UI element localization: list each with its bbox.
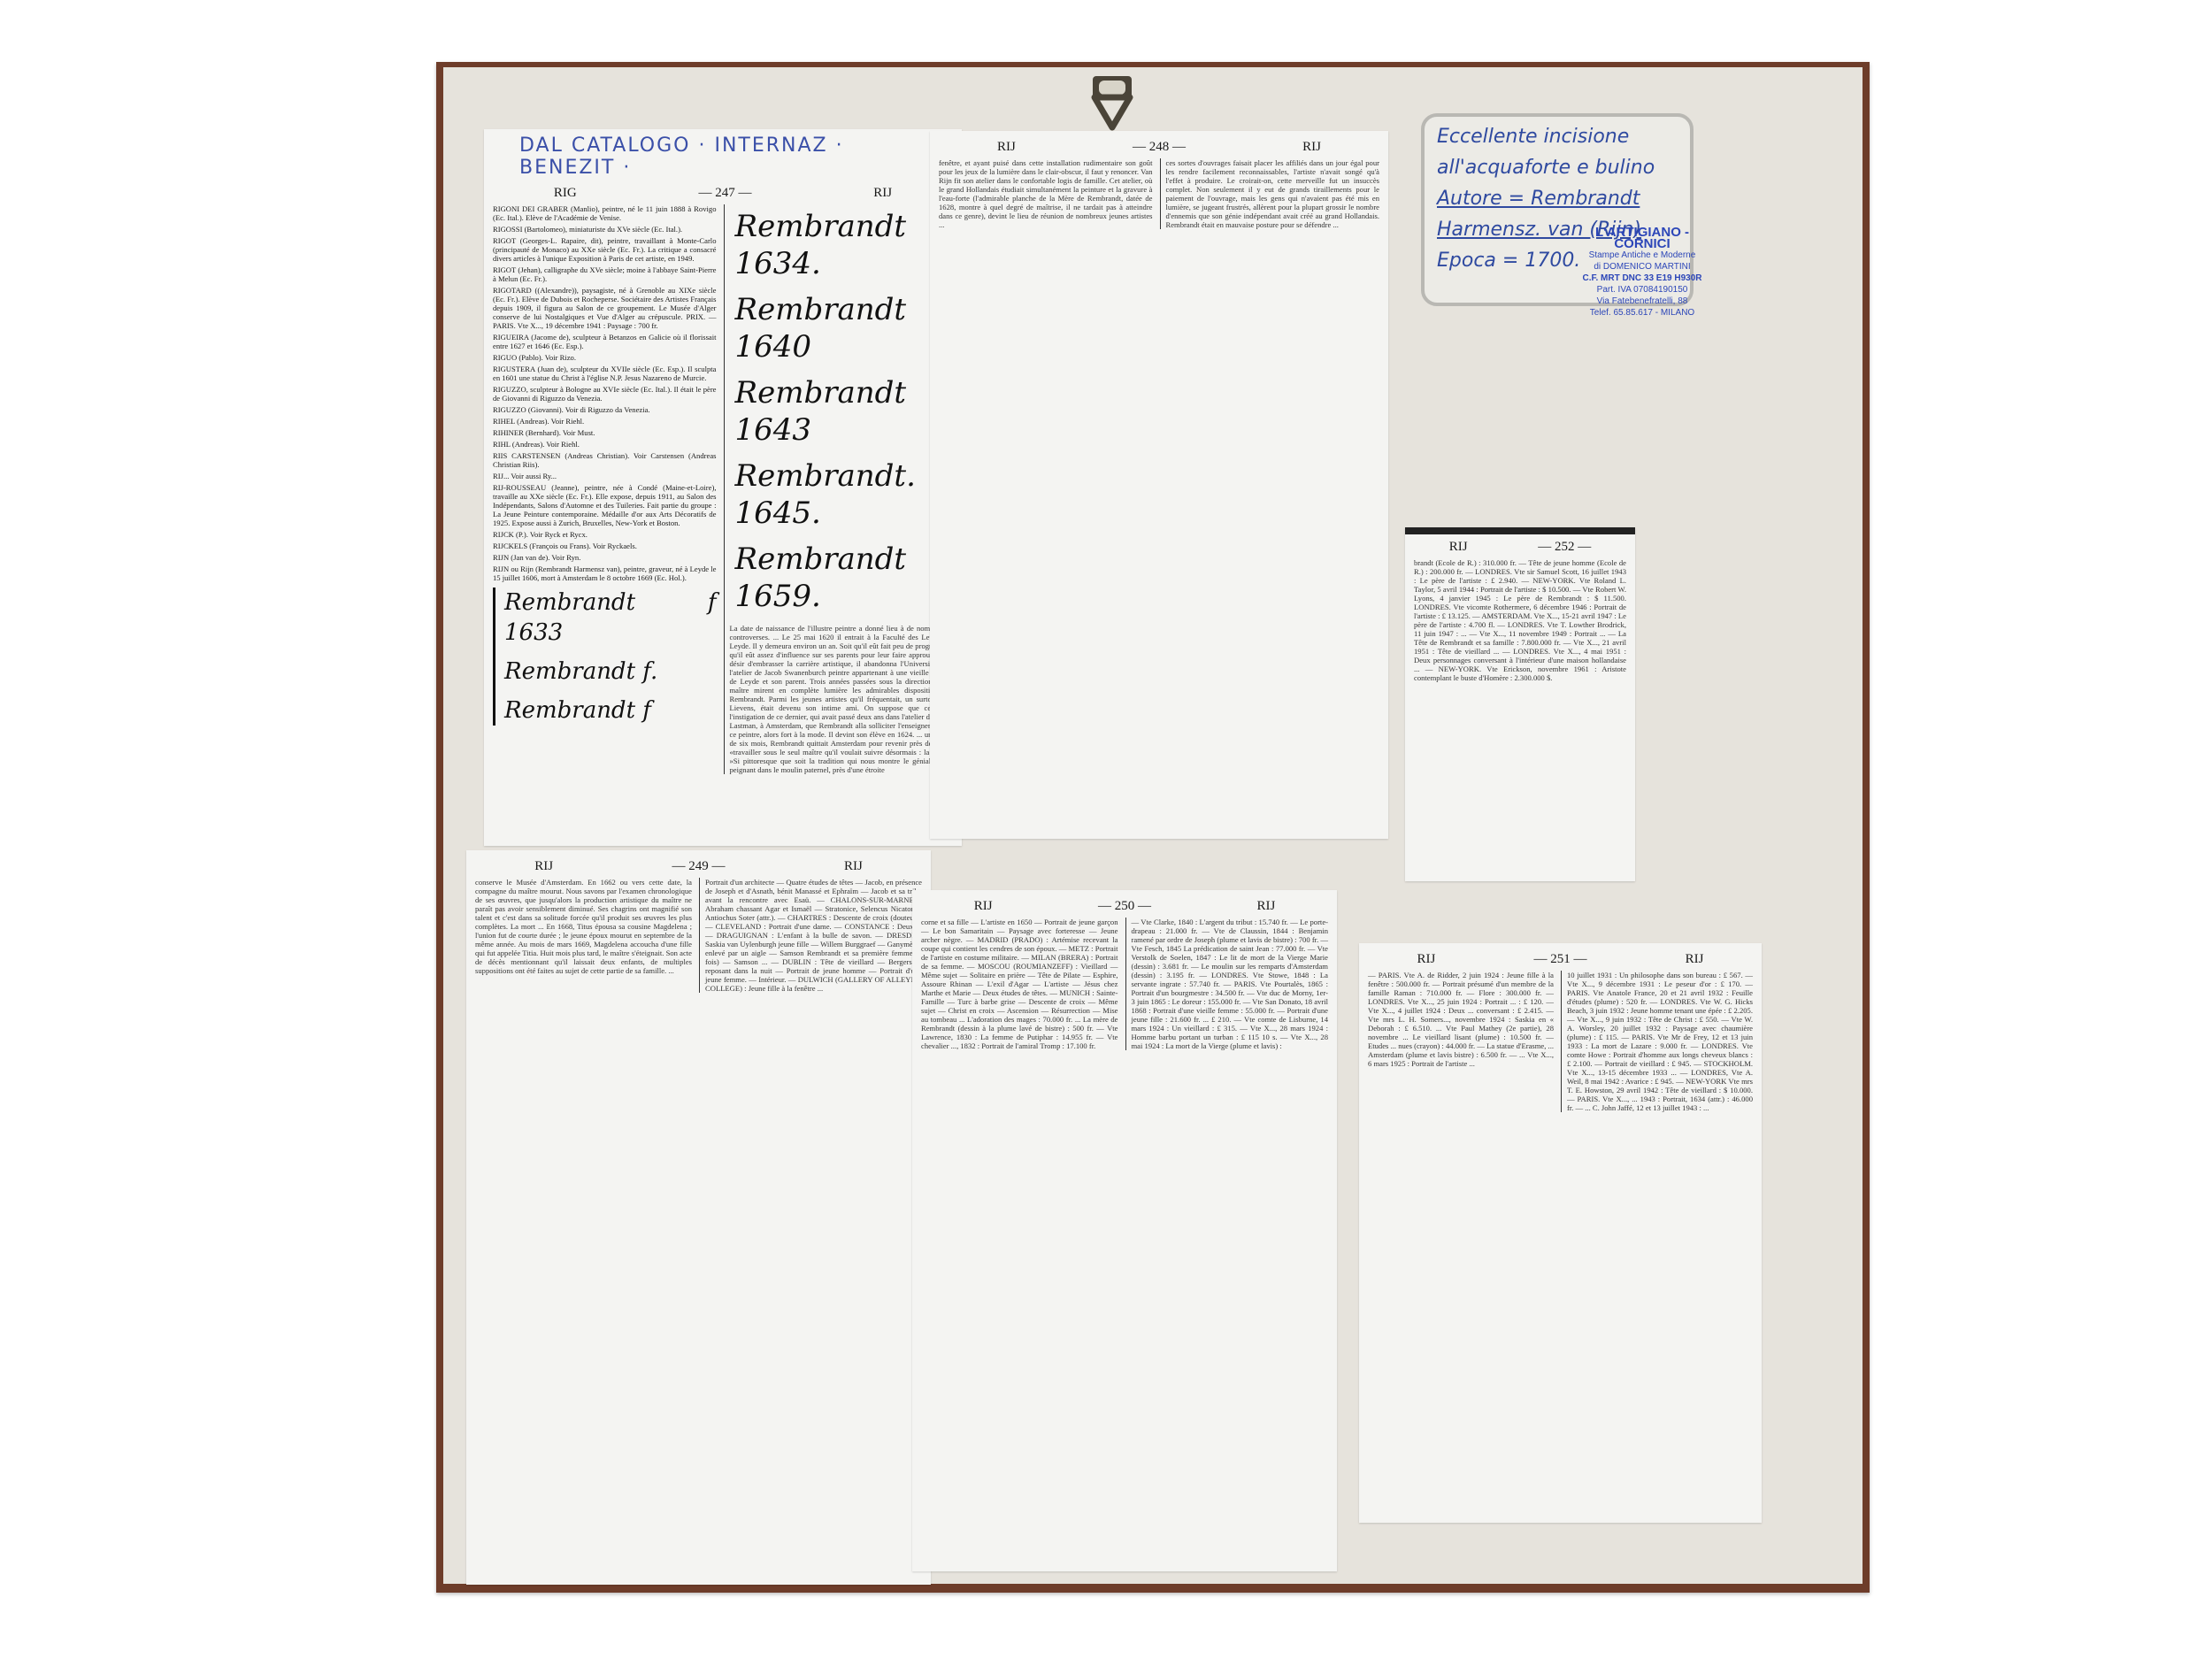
body-text: — PARIS. Vte A. de Ridder, 2 juin 1924 :…	[1368, 971, 1554, 1068]
hanger-hook-icon	[1089, 73, 1135, 131]
label-line: Eccellente incisione	[1437, 126, 1690, 148]
stamp-line: Telef. 65.85.617 - MILANO	[1567, 307, 1717, 319]
head-right: RIJ	[844, 859, 863, 874]
signature-facsimile: Rembrandt f. 1640	[735, 291, 954, 365]
catalogue-entry: RIHL (Andreas). Voir Riehl.	[493, 440, 717, 449]
picture-frame-back: DAL CATALOGO · INTERNAZ · BENEZIT · RIG …	[436, 62, 1870, 1593]
body-text: Portrait d'un architecte — Quatre études…	[705, 878, 922, 993]
text-column: 10 juillet 1931 : Un philosophe dans son…	[1561, 971, 1753, 1112]
body-text: La date de naissance de l'illustre peint…	[730, 624, 954, 774]
running-head: RIJ — 251 — RIJ	[1359, 943, 1762, 971]
stamp-line: Via Fatebenefratelli, 88	[1567, 296, 1717, 307]
catalogue-entry: RIGONI DEI GRABER (Manlio), peintre, né …	[493, 204, 717, 222]
catalogue-clipping-251: RIJ — 251 — RIJ — PARIS. Vte A. de Ridde…	[1359, 943, 1762, 1523]
head-left: RIJ	[997, 140, 1016, 155]
head-left: RIJ	[534, 859, 553, 874]
signature-facsimile: Rembrandt f. 1659.	[735, 541, 954, 615]
catalogue-entry: RIGUO (Pablo). Voir Rizo.	[493, 353, 717, 362]
catalogue-clipping-252: RIJ — 252 — brandt (Ecole de R.) : 310.0…	[1405, 527, 1635, 881]
catalogue-entry: RIIS CARSTENSEN (Andreas Christian). Voi…	[493, 451, 717, 469]
page-number: — 248 —	[1133, 140, 1186, 155]
catalogue-entry: RIJCKELS (François ou Frans). Voir Rycka…	[493, 541, 717, 550]
page-number: — 247 —	[698, 186, 751, 201]
handwritten-header: DAL CATALOGO · INTERNAZ · BENEZIT ·	[484, 129, 962, 180]
text-column: Rembrandt f. 1634. Rembrandt f. 1640 Rem…	[724, 204, 954, 774]
catalogue-clipping-250: RIJ — 250 — RIJ corne et sa fille — L'ar…	[912, 890, 1337, 1571]
head-left: RIG	[554, 186, 577, 201]
text-column: ces sortes d'ouvrages faisait placer les…	[1160, 158, 1380, 229]
catalogue-entry: RIJN ou Rijn (Rembrandt Harmensz van), p…	[493, 565, 717, 582]
label-line: all'acquaforte e bulino	[1437, 157, 1690, 179]
framer-stamp: L'ARTIGIANO - CORNICI Stampe Antiche e M…	[1567, 227, 1717, 319]
catalogue-entry: RIGUSTERA (Juan de), sculpteur du XVIIe …	[493, 365, 717, 382]
running-head: RIG — 247 — RIJ	[484, 180, 962, 204]
catalogue-entry: RIJ... Voir aussi Ry...	[493, 472, 717, 480]
catalogue-clipping-249: RIJ — 249 — RIJ conserve le Musée d'Amst…	[466, 850, 931, 1585]
body-text: corne et sa fille — L'artiste en 1650 — …	[921, 918, 1118, 1050]
catalogue-clipping-247: DAL CATALOGO · INTERNAZ · BENEZIT · RIG …	[484, 129, 962, 846]
stamp-line: di DOMENICO MARTINI	[1567, 261, 1717, 273]
head-left: RIJ	[1417, 952, 1436, 967]
catalogue-entry: RIGUZZO (Giovanni). Voir di Riguzzo da V…	[493, 405, 717, 414]
catalogue-entry: RIGOTARD ((Alexandre)), paysagiste, né à…	[493, 286, 717, 330]
head-right: RIJ	[1302, 140, 1321, 155]
catalogue-entry: RIJCK (P.). Voir Ryck et Rycx.	[493, 530, 717, 539]
entries-column: RIGONI DEI GRABER (Manlio), peintre, né …	[493, 204, 717, 774]
text-column: — Vte Clarke, 1840 : L'argent du tribut …	[1125, 918, 1329, 1050]
stamp-line: Stampe Antiche e Moderne	[1567, 250, 1717, 261]
text-column: brandt (Ecole de R.) : 310.000 fr. — Têt…	[1414, 558, 1626, 682]
catalogue-entry: RIJN (Jan van de). Voir Ryn.	[493, 553, 717, 562]
catalogue-entry: RIHEL (Andreas). Voir Riehl.	[493, 417, 717, 426]
head-right: RIJ	[873, 186, 892, 201]
text-column: corne et sa fille — L'artiste en 1650 — …	[921, 918, 1118, 1050]
body-text: fenêtre, et ayant puisé dans cette insta…	[939, 158, 1153, 229]
catalogue-entry: RIGUZZO, sculpteur à Bologne au XVIe siè…	[493, 385, 717, 403]
body-text: brandt (Ecole de R.) : 310.000 fr. — Têt…	[1414, 558, 1626, 682]
signature-facsimile: Rembrandt. f. 1645.	[735, 457, 954, 532]
page-number: — 250 —	[1098, 899, 1151, 914]
stamp-line: C.F. MRT DNC 33 E19 H930R	[1567, 273, 1717, 284]
stamp-line: L'ARTIGIANO - CORNICI	[1567, 227, 1717, 250]
catalogue-entry: RIGUEIRA (Jacome de), sculpteur à Betanz…	[493, 333, 717, 350]
signature-facsimile: Rembrandt f 1633	[504, 588, 717, 648]
body-text: 10 juillet 1931 : Un philosophe dans son…	[1567, 971, 1753, 1112]
signature-facsimile: Rembrandt f. 1634.	[735, 208, 954, 282]
running-head: RIJ — 252 —	[1405, 534, 1635, 558]
text-column: Portrait d'un architecte — Quatre études…	[699, 878, 922, 993]
stamp-line: Part. IVA 07084190150	[1567, 284, 1717, 296]
text-column: conserve le Musée d'Amsterdam. En 1662 o…	[475, 878, 692, 993]
head-right: RIJ	[1686, 952, 1704, 967]
signature-facsimile: Rembrandt f	[504, 695, 717, 726]
head-right: RIJ	[1256, 899, 1275, 914]
catalogue-entry: RIHINER (Bernhard). Voir Must.	[493, 428, 717, 437]
body-text: ces sortes d'ouvrages faisait placer les…	[1166, 158, 1380, 229]
signature-facsimile: Rembrandt f. 1643	[735, 374, 954, 449]
catalogue-entry: RIGOT (Jehan), calligraphe du XVe siècle…	[493, 265, 717, 283]
page-number: — 249 —	[672, 859, 726, 874]
catalogue-entry: RIJ-ROUSSEAU (Jeanne), peintre, née à Co…	[493, 483, 717, 527]
catalogue-entry: RIGOT (Georges-L. Rapaire, dit), peintre…	[493, 236, 717, 263]
body-text: conserve le Musée d'Amsterdam. En 1662 o…	[475, 878, 692, 975]
text-column: fenêtre, et ayant puisé dans cette insta…	[939, 158, 1153, 229]
catalogue-clipping-248: RIJ — 248 — RIJ fenêtre, et ayant puisé …	[930, 131, 1388, 839]
running-head: RIJ — 249 — RIJ	[466, 850, 931, 878]
running-head: RIJ — 248 — RIJ	[930, 131, 1388, 158]
text-column: — PARIS. Vte A. de Ridder, 2 juin 1924 :…	[1368, 971, 1554, 1112]
black-edge	[1405, 527, 1635, 534]
backing-board: DAL CATALOGO · INTERNAZ · BENEZIT · RIG …	[443, 67, 1863, 1584]
head-left: RIJ	[974, 899, 993, 914]
signature-facsimile: Rembrandt f.	[504, 657, 717, 687]
catalogue-entry: RIGOSSI (Bartolomeo), miniaturiste du XV…	[493, 225, 717, 234]
body-text: — Vte Clarke, 1840 : L'argent du tribut …	[1132, 918, 1329, 1050]
running-head: RIJ — 250 — RIJ	[912, 890, 1337, 918]
page-number: — 252 —	[1538, 540, 1591, 555]
label-line: Autore = Rembrandt	[1437, 188, 1690, 210]
page-number: — 251 —	[1533, 952, 1586, 967]
head-left: RIJ	[1449, 540, 1468, 555]
